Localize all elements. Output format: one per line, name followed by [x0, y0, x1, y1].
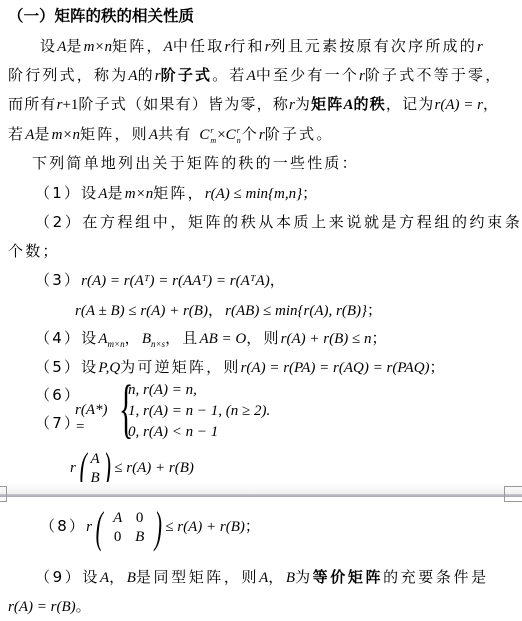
text: 设 — [82, 568, 100, 586]
page-shadow — [0, 482, 522, 494]
text: 为 — [295, 95, 311, 113]
section-title: （一）矩阵的秩的相关性质 — [8, 6, 194, 26]
text: 为 — [295, 568, 313, 586]
property-2-continuation: 个数； — [8, 241, 60, 261]
margin-marker-left — [0, 486, 7, 502]
text: ， — [268, 568, 286, 586]
math-formula: AB = O — [199, 331, 246, 347]
subscript: n×s — [151, 339, 165, 349]
property-9-continuation: r(A) = r(B)。 — [8, 596, 93, 617]
math-formula: r(AB) ≤ min{r(A), r(B)} — [225, 303, 367, 319]
subscript: n — [237, 136, 241, 146]
text: 设 — [40, 37, 57, 55]
math-var: B — [142, 331, 151, 347]
matrix-cell: A — [107, 509, 129, 528]
text: 而所有 — [8, 95, 57, 113]
property-8: （8）r(A00B)≤ r(A) + r(B)； — [40, 506, 262, 548]
text: ； — [302, 184, 319, 202]
math-var: r — [477, 39, 483, 55]
math-formula: ≤ r(A) + r(B) — [114, 460, 194, 476]
text: 矩阵，则 — [80, 125, 149, 143]
text: 的充要条件是 — [383, 568, 489, 586]
text: ， — [165, 329, 182, 347]
math-var: A — [98, 186, 107, 202]
text: 阶子式（如果有）皆为零，称 — [78, 95, 289, 113]
text: 设 — [81, 329, 98, 347]
item-number: （1） — [35, 184, 81, 202]
text: 阶子式不等于零， — [365, 66, 503, 84]
property-1: （1）设A是m×n矩阵，r(A) ≤ min{m,n}； — [35, 183, 319, 204]
math-formula: r(A) = r(B) — [8, 599, 76, 615]
property-3: （3）r(A) = r(Aᵀ) = r(AAᵀ) = r(AᵀA)， — [35, 270, 287, 291]
math-formula: r(A) = r — [435, 97, 483, 113]
superscript: r — [210, 126, 216, 136]
text: ； — [367, 301, 384, 319]
item-number: （2） — [35, 213, 82, 231]
text: 是 — [66, 37, 83, 55]
term-equivalent-matrix: 等价矩阵 — [313, 568, 383, 586]
text: 共有 — [158, 125, 192, 143]
text: 行和 — [230, 37, 264, 55]
item-number: （8） — [40, 517, 86, 535]
case-row: n, r(A) = n, — [128, 380, 270, 401]
property-9: （9）设A，B是同型矩阵，则A，B为等价矩阵的充要条件是 — [35, 567, 489, 588]
math-var: C — [199, 127, 209, 143]
math-op: × — [217, 127, 225, 143]
text: 设 — [81, 358, 98, 376]
math-num: +1 — [62, 97, 78, 113]
text: ； — [245, 517, 262, 535]
math-var: A — [164, 39, 173, 55]
text: 阶行列式，称为 — [8, 66, 128, 84]
text: 矩阵， — [112, 37, 164, 55]
property-2: （2）在方程组中，矩阵的秩从本质上来说就是方程组的约束条件 — [35, 212, 522, 232]
text: 。若 — [212, 66, 246, 84]
math-dim: m×n — [84, 39, 112, 55]
subscript: m — [210, 136, 216, 146]
intro-line-2: 阶行列式，称为A的r阶子式。若A中至少有一个r阶子式不等于零， — [8, 65, 502, 86]
text: ， — [208, 301, 225, 319]
matrix-cell: 0 — [107, 528, 129, 547]
text: 是 — [34, 125, 51, 143]
text: ， — [125, 329, 142, 347]
item-number: （4） — [35, 329, 81, 347]
math-formula: r(A) + r(B) ≤ n — [281, 331, 372, 347]
margin-marker-right — [504, 486, 522, 502]
text: ， — [483, 95, 499, 113]
math-dim: m×n — [52, 127, 80, 143]
item-number: （9） — [35, 568, 82, 586]
text: ，则 — [246, 329, 280, 347]
right-paren-icon: ) — [154, 508, 161, 548]
text: ， — [109, 568, 127, 586]
math-formula: r(A ± B) ≤ r(A) + r(B) — [75, 303, 208, 319]
combination-2: Crn — [226, 127, 242, 143]
property-4: （4）设Am×n，Bn×s，且AB = O，则r(A) + r(B) ≤ n； — [35, 328, 389, 349]
term-rank: 矩阵 — [311, 95, 343, 113]
math-var: r — [86, 519, 92, 535]
math-var: A — [100, 570, 109, 586]
math-var: A — [98, 331, 107, 347]
matrix-cell: B — [129, 528, 151, 547]
math-var: A — [259, 570, 268, 586]
matrix-cell: A — [91, 450, 100, 469]
left-paren-icon: ( — [96, 508, 103, 548]
text: 。 — [76, 597, 93, 615]
math-dim: m×n — [125, 186, 153, 202]
text: ； — [430, 358, 447, 376]
math-var: B — [286, 570, 295, 586]
math-formula: r(A) ≤ min{m,n} — [205, 186, 302, 202]
page-break-separator — [0, 494, 522, 497]
property-5: （5）设P,Q为可逆矩阵，则r(A) = r(PA) = r(AQ) = r(P… — [35, 357, 447, 378]
text: 是同型矩阵，则 — [136, 568, 259, 586]
text: ，记为 — [386, 95, 435, 113]
term-rank: 的秩 — [354, 95, 386, 113]
math-var: B — [127, 570, 136, 586]
math-formula: r(A) = r(PA) = r(AQ) = r(PAQ) — [241, 360, 430, 376]
term-minor: 阶子式 — [161, 66, 213, 84]
block-diagonal-matrix: A00B — [107, 509, 151, 547]
text: 个 — [242, 125, 259, 143]
text: 中至少有一个 — [256, 66, 359, 84]
text: ； — [372, 329, 389, 347]
subscript: m×n — [108, 339, 125, 349]
text: 是 — [108, 184, 125, 202]
intro-line-1: 设A是m×n矩阵，A中任取r行和r列且元素按原有次序所成的r — [40, 36, 483, 57]
text: 若 — [8, 125, 25, 143]
combination-1: Crm — [199, 127, 217, 143]
intro-line-4: 若A是m×n矩阵，则A共有 Crm×Crn个r阶子式。 — [8, 124, 334, 146]
cases: n, r(A) = n, 1, r(A) = n − 1, (n ≥ 2). 0… — [128, 380, 270, 443]
text: ， — [270, 271, 287, 289]
math-var: A — [149, 127, 158, 143]
math-var: A — [25, 127, 34, 143]
text: 为可逆矩阵，则 — [120, 358, 240, 376]
case-row: 0, r(A) < n − 1 — [128, 422, 270, 443]
text: 阶子式。 — [265, 125, 334, 143]
math-formula: r(A*) = — [75, 402, 108, 436]
math-var: P,Q — [98, 360, 120, 376]
superscript: r — [237, 126, 241, 136]
text: 矩阵， — [153, 184, 205, 202]
item-number: （3） — [35, 271, 81, 289]
text: 设 — [81, 184, 98, 202]
matrix-cell: 0 — [129, 509, 151, 528]
text: 且 — [182, 329, 199, 347]
math-var: A — [343, 97, 353, 113]
math-var: C — [226, 127, 236, 143]
math-var: r — [70, 460, 76, 476]
text: 中任取 — [173, 37, 225, 55]
intro-line-3: 而所有r+1阶子式（如果有）皆为零，称r为矩阵A的秩，记为r(A) = r， — [8, 94, 499, 115]
math-formula: r(A) = r(Aᵀ) = r(AAᵀ) = r(AᵀA) — [81, 273, 270, 289]
intro-line-5: 下列简单地列出关于矩阵的秩的一些性质： — [32, 153, 359, 173]
math-formula: ≤ r(A) + r(B) — [165, 519, 245, 535]
text: 在方程组中，矩阵的秩从本质上来说就是方程组的约束条件 — [82, 213, 522, 231]
case-row: 1, r(A) = n − 1, (n ≥ 2). — [128, 401, 270, 422]
text: 列且元素按原有次序所成的 — [271, 37, 477, 55]
property-3-line-2: r(A ± B) ≤ r(A) + r(B)，r(AB) ≤ min{r(A),… — [75, 300, 384, 321]
math-var: A — [57, 39, 66, 55]
text: 的 — [138, 66, 155, 84]
math-var: A — [247, 68, 256, 84]
item-number: （5） — [35, 358, 81, 376]
math-var: A — [128, 68, 137, 84]
